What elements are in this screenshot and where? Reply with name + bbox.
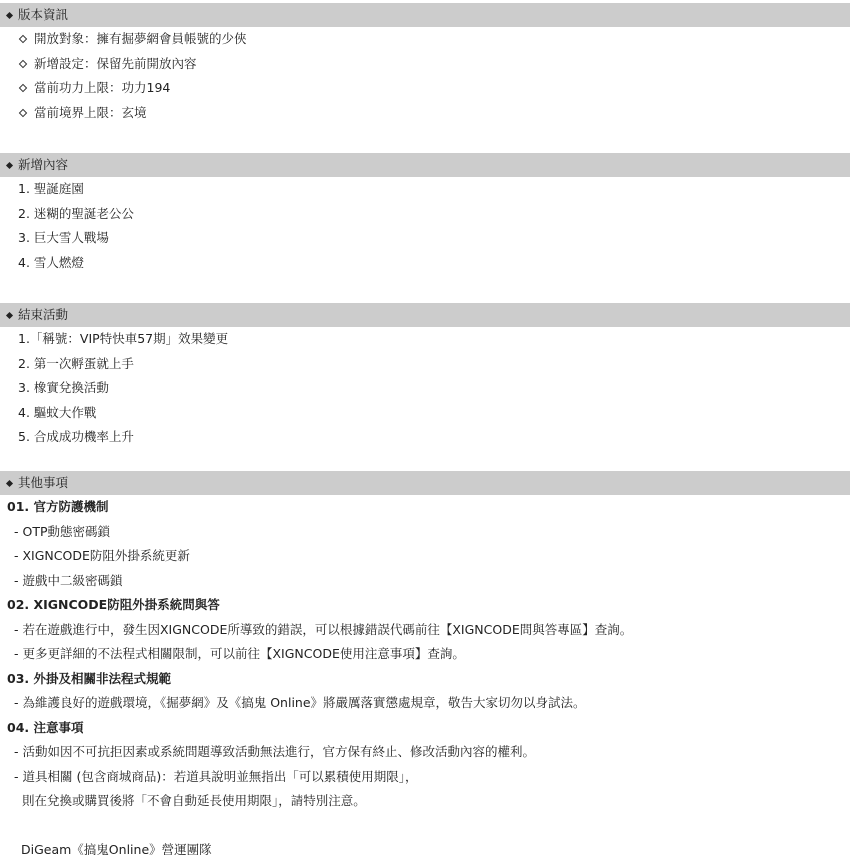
note-line: - 道具相關 (包含商城商品)：若道具說明並無指出「可以累積使用期限」， (0, 765, 850, 790)
note-line: - 為維護良好的遊戲環境，《掘夢網》及《搞鬼 Online》將嚴厲落實懲處規章，… (0, 691, 850, 716)
signature: DiGeam《搞鬼Online》營運團隊 (0, 838, 850, 855)
list-item: 3. 巨大雪人戰場 (0, 226, 850, 251)
section-header: 新增內容 (0, 153, 850, 177)
section-version-info: 版本資訊 開放對象：擁有掘夢網會員帳號的少俠 新增設定：保留先前開放內容 當前功… (0, 3, 850, 125)
list-item: 1.「稱號：VIP特快車57期」效果變更 (0, 327, 850, 352)
note-line: - OTP動態密碼鎖 (0, 520, 850, 545)
section-header: 版本資訊 (0, 3, 850, 27)
section-title: 其他事項 (18, 471, 68, 495)
hollow-diamond-icon (19, 60, 27, 68)
list-item: 5. 合成成功機率上升 (0, 425, 850, 450)
bullet-diamond-icon (6, 311, 13, 318)
subsection-title: 01. 官方防護機制 (0, 495, 850, 520)
list-item: 4. 驅蚊大作戰 (0, 401, 850, 426)
note-line: - 活動如因不可抗拒因素或系統問題導致活動無法進行，官方保有終止、修改活動內容的… (0, 740, 850, 765)
note-line: - 若在遊戲進行中，發生因XIGNCODE所導致的錯誤，可以根據錯誤代碼前往【X… (0, 618, 850, 643)
section-header: 其他事項 (0, 471, 850, 495)
list-item: 當前功力上限：功力194 (0, 76, 850, 101)
bullet-diamond-icon (6, 479, 13, 486)
section-other-notes: 其他事項 01. 官方防護機制 - OTP動態密碼鎖 - XIGNCODE防阻外… (0, 471, 850, 855)
hollow-diamond-icon (19, 84, 27, 92)
section-ended-events: 結束活動 1.「稱號：VIP特快車57期」效果變更 2. 第一次孵蛋就上手 3.… (0, 303, 850, 450)
section-header: 結束活動 (0, 303, 850, 327)
list-item: 2. 第一次孵蛋就上手 (0, 352, 850, 377)
bullet-diamond-icon (6, 161, 13, 168)
note-line: - XIGNCODE防阻外掛系統更新 (0, 544, 850, 569)
subsection-title: 04. 注意事項 (0, 716, 850, 741)
subsection-title: 03. 外掛及相關非法程式規範 (0, 667, 850, 692)
list-item: 開放對象：擁有掘夢網會員帳號的少俠 (0, 27, 850, 52)
section-new-content: 新增內容 1. 聖誕庭園 2. 迷糊的聖誕老公公 3. 巨大雪人戰場 4. 雪人… (0, 153, 850, 275)
list-item: 1. 聖誕庭園 (0, 177, 850, 202)
subsection-title: 02. XIGNCODE防阻外掛系統問與答 (0, 593, 850, 618)
list-item: 3. 橡實兌換活動 (0, 376, 850, 401)
section-title: 結束活動 (18, 303, 68, 327)
section-title: 版本資訊 (18, 3, 68, 27)
list-item: 當前境界上限：玄境 (0, 101, 850, 126)
section-title: 新增內容 (18, 153, 68, 177)
note-line: - 遊戲中二級密碼鎖 (0, 569, 850, 594)
note-continuation: 則在兌換或購買後將「不會自動延長使用期限」，請特別注意。 (0, 789, 850, 814)
list-item: 2. 迷糊的聖誕老公公 (0, 202, 850, 227)
list-item: 新增設定：保留先前開放內容 (0, 52, 850, 77)
hollow-diamond-icon (19, 35, 27, 43)
hollow-diamond-icon (19, 109, 27, 117)
note-line: - 更多更詳細的不法程式相關限制，可以前往【XIGNCODE使用注意事項】查詢。 (0, 642, 850, 667)
spacer (0, 814, 850, 839)
bullet-diamond-icon (6, 11, 13, 18)
list-item: 4. 雪人燃燈 (0, 251, 850, 276)
